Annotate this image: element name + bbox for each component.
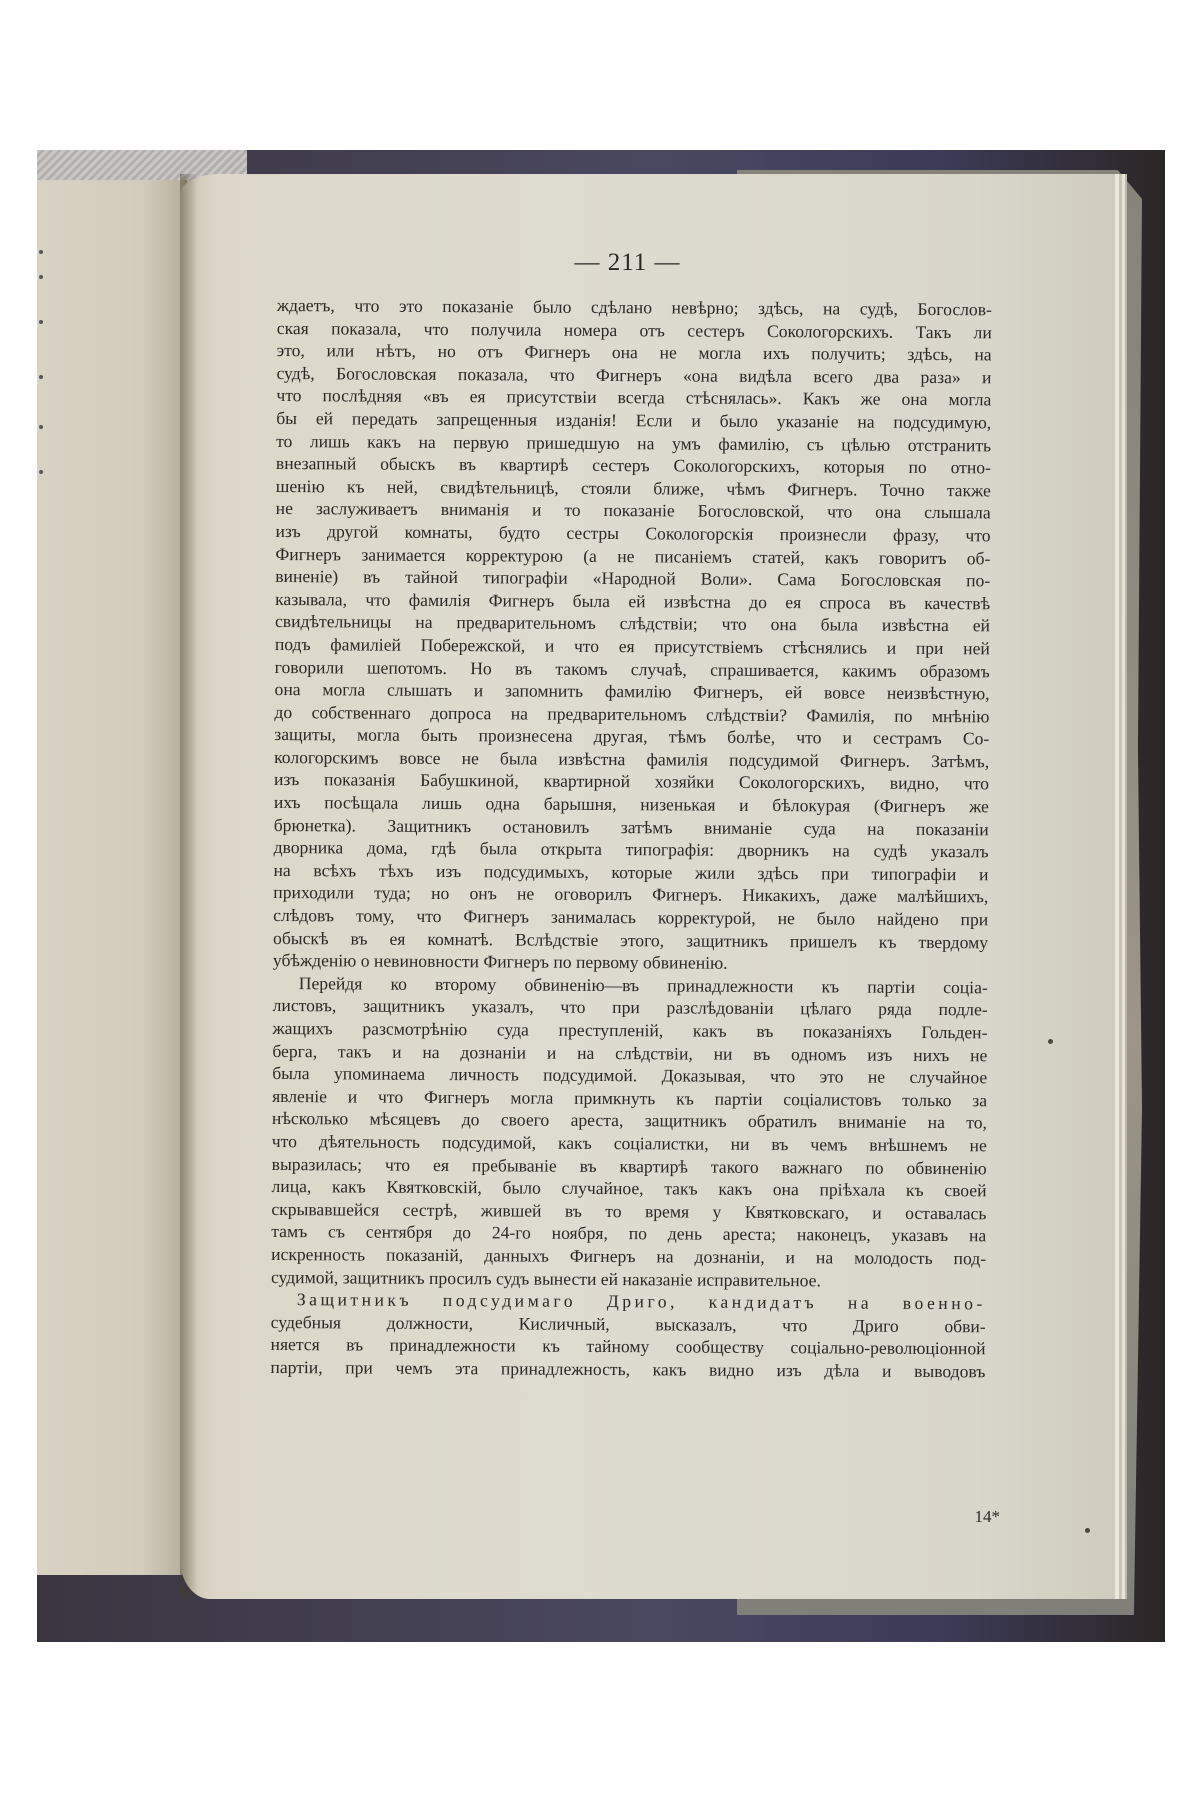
signature-mark: 14* [975,1507,1001,1527]
ink-mark [39,375,43,379]
ink-mark [39,320,43,324]
book-photograph: — 211 — ждаетъ, что это показаніе было с… [37,150,1165,1642]
ink-mark [39,275,43,279]
page-number: — 211 — [180,249,1075,277]
gutter-shadow [180,174,198,1599]
right-page: — 211 — ждаетъ, что это показаніе было с… [180,174,1115,1599]
ink-mark [39,250,43,254]
ink-mark [39,425,43,429]
ink-spot [1085,1528,1090,1533]
left-page [37,180,187,1575]
body-text: ждаетъ, что это показаніе было сдѣлано н… [270,294,992,1383]
ink-mark [39,470,43,474]
ink-spot [1048,1039,1053,1044]
text-line: партіи, при чемъ эта принадлежность, как… [270,1356,985,1383]
